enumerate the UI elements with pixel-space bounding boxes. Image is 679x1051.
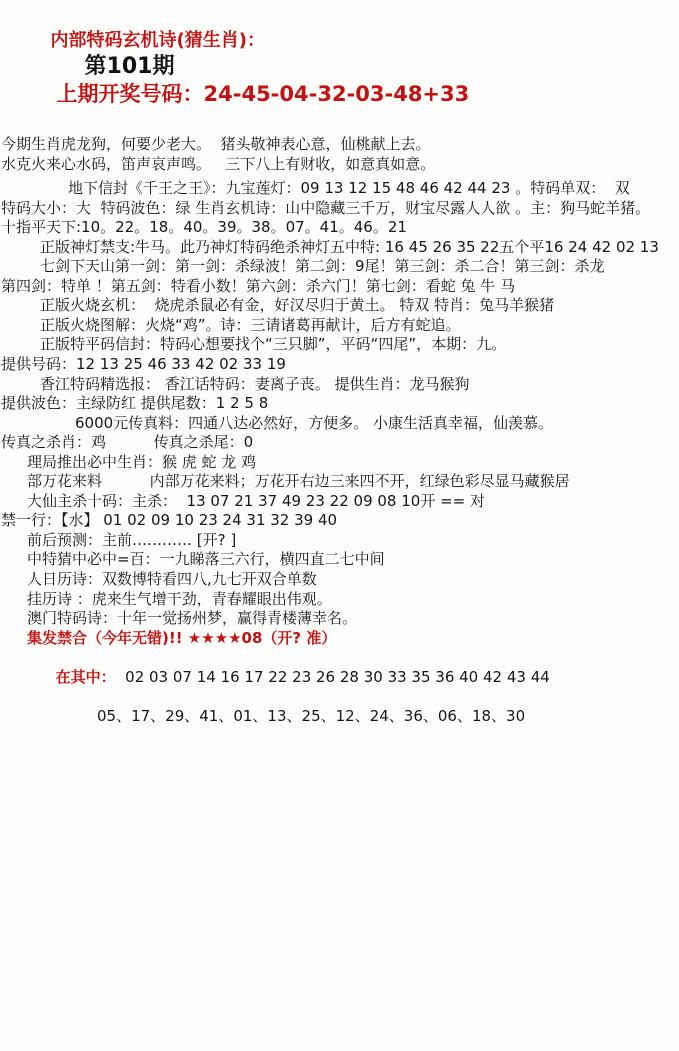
sheet-header: 内部特码玄机诗(猜生肖)： 第101期 上期开奖号码：24-45-04-32-0…	[0, 2, 679, 135]
in-list-label: 在其中：	[56, 668, 116, 686]
chuanzhen-shaxiao-line: 传真之杀肖：鸡 传真之杀尾：0	[0, 433, 679, 453]
sheet-content: 内部特码玄机诗(猜生肖)： 第101期 上期开奖号码：24-45-04-32-0…	[0, 0, 679, 726]
dixia-xinfeng-line: 地下信封《千王之王》：九宝莲灯：09 13 12 15 48 46 42 44 …	[0, 179, 679, 199]
shizhi-pingtianxia-line: 十指平天下:10。22。18。40。39。38。07。41。46。21	[0, 218, 679, 238]
in-list-numbers: 02 03 07 14 16 17 22 23 26 28 30 33 35 3…	[116, 668, 550, 686]
wanhua-liao-line: 部万花来料 内部万花来料；万花开右边三来四不开，红绿色彩尽显马藏猴居	[0, 472, 679, 492]
tigong-bose-line: 提供波色：主绿防红 提供尾数：1 2 5 8	[0, 394, 679, 414]
qianhou-yuce-line: 前后预测：主前………… [开? ]	[0, 531, 679, 551]
daxian-shashi-line: 大仙主杀十码：主杀： 13 07 21 37 49 23 22 09 08 10…	[0, 492, 679, 512]
xiangjiang-line: 香江特码精选报： 香江话特码：妻离子丧。 提供生肖：龙马猴狗	[0, 375, 679, 395]
jifa-jinhe-line: 集发禁合（今年无错)!! ★★★★08（开? 准）	[0, 629, 679, 649]
last-draw-numbers: 上期开奖号码：24-45-04-32-03-48+33	[57, 82, 470, 106]
lottery-tip-sheet: 内部特码玄机诗(猜生肖)： 第101期 上期开奖号码：24-45-04-32-0…	[0, 0, 679, 1051]
renrili-shi-line: 人日历诗：双数博特看四八,九七开双合单数	[0, 570, 679, 590]
liju-shengxiao-line: 理局推出必中生肖：猴 虎 蛇 龙 鸡	[0, 453, 679, 473]
shendeng-jinzhi-line: 正版神灯禁支:牛马。此乃神灯特码绝杀神灯五中特: 16 45 26 35 22五…	[0, 238, 679, 258]
tepingma-xinfeng-line: 正版特平码信封：特码心想要找个“三只脚”，平码“四尾”，本期：九。	[0, 335, 679, 355]
sheet-title: 内部特码玄机诗(猜生肖)：	[51, 30, 265, 51]
qijian-line-2: 第四剑：特单 ！第五剑：特看小数！第六剑：杀六门！第七剑：看蛇 兔 牛 马	[0, 277, 679, 297]
guali-shi-line: 挂历诗 ：虎来生气增干劲，青春耀眼出伟观。	[0, 590, 679, 610]
issue-number: 第101期	[85, 54, 175, 79]
tigong-haoma-line: 提供号码：12 13 25 46 33 42 02 33 19	[0, 355, 679, 375]
huoshao-xuanji-line: 正版火烧玄机： 烧虎杀鼠必有金，好汉尽归于黄土。 特双 特肖：兔马羊猴猪	[0, 296, 679, 316]
aomen-temashi-line: 澳门特码诗：十年一觉扬州梦，赢得青楼薄幸名。	[0, 609, 679, 629]
poem-line-1: 今期生肖虎龙狗，何要少老大。 猪头敬神表心意，仙桃献上去。	[0, 135, 679, 155]
huoshao-tujie-line: 正版火烧图解：火烧“鸡”。诗：三请诸葛再献计，后方有蛇追。	[0, 316, 679, 336]
in-list-line-2: 05、17、29、41、01、13、25、12、24、36、06、18、30	[0, 707, 679, 727]
qijian-line-1: 七剑下天山第一剑：第一剑：杀绿波！第二剑：9尾！第三剑：杀二合！第三剑：杀龙	[0, 257, 679, 277]
in-list-line: 在其中： 02 03 07 14 16 17 22 23 26 28 30 33…	[0, 648, 679, 707]
poem-line-2: 水克火来心水码，笛声哀声鸣。 三下八上有财收，如意真如意。	[0, 155, 679, 175]
jinyihang-line: 禁一行：【水】 01 02 09 10 23 24 31 32 39 40	[0, 511, 679, 531]
tema-daxiao-line: 特码大小：大 特码波色：绿 生肖玄机诗：山中隐藏三千万，财宝尽露人人欲 。主：狗…	[0, 199, 679, 219]
zhongte-caizhong-line: 中特猜中必中=百：一九睇落三六行，横四直二七中间	[0, 550, 679, 570]
chuanzhen-liao-line: 6000元传真料：四通八达必然好，方便多。 小康生活真幸福，仙羡慕。	[0, 414, 679, 434]
